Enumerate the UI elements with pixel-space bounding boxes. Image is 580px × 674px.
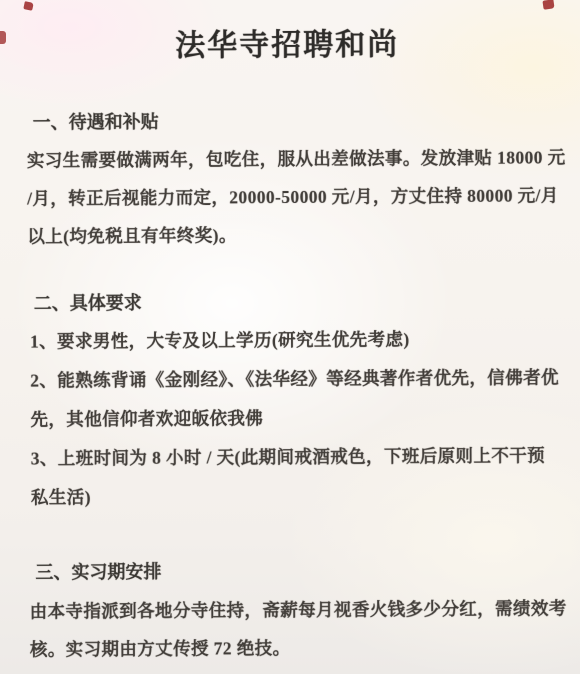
section-benefits: 一、待遇和补贴 实习生需要做满两年，包吃住，服从出差做法事。发放津贴 18000… [27, 100, 550, 255]
body-line: 实习生需要做满两年，包吃住，服从出差做法事。发放津贴 18000 元 [27, 138, 549, 179]
body-line: 先，其他信仰者欢迎皈依我佛 [28, 397, 550, 439]
body-line: /月，转正后视能力而定，20000-50000 元/月，方丈住持 80000 元… [27, 176, 549, 217]
document-title: 法华寺招聘和尚 [26, 24, 548, 67]
body-line: 私生活) [29, 475, 551, 517]
section-internship: 三、实习期安排 由本寺指派到各地分寺住持，斋薪每月视香火钱多少分红，需绩效考 核… [29, 550, 552, 668]
section-heading: 二、具体要求 [28, 281, 550, 322]
section-heading: 三、实习期安排 [29, 550, 551, 592]
photographed-document: 法华寺招聘和尚 一、待遇和补贴 实习生需要做满两年，包吃住，服从出差做法事。发放… [0, 0, 580, 674]
body-line: 以上(均免税且有年终奖)。 [27, 214, 549, 255]
body-line: 由本寺指派到各地分寺住持，斋薪每月视香火钱多少分红，需绩效考 [30, 589, 552, 630]
body-line: 1、要求男性，大专及以上学历(研究生优先考虑) [28, 319, 550, 361]
section-requirements: 二、具体要求 1、要求男性，大专及以上学历(研究生优先考虑) 2、能熟练背诵《金… [28, 281, 551, 517]
body-line: 3、上班时间为 8 小时 / 天(此期间戒酒戒色，下班后原则上不干预 [29, 436, 551, 478]
section-heading: 一、待遇和补贴 [27, 100, 549, 141]
body-line: 2、能熟练背诵《金刚经》、《法华经》等经典著作者优先，信佛者优 [28, 358, 550, 400]
paper-sheet: 法华寺招聘和尚 一、待遇和补贴 实习生需要做满两年，包吃住，服从出差做法事。发放… [0, 0, 580, 674]
body-line: 核。实习期由方丈传授 72 绝技。 [30, 627, 552, 668]
